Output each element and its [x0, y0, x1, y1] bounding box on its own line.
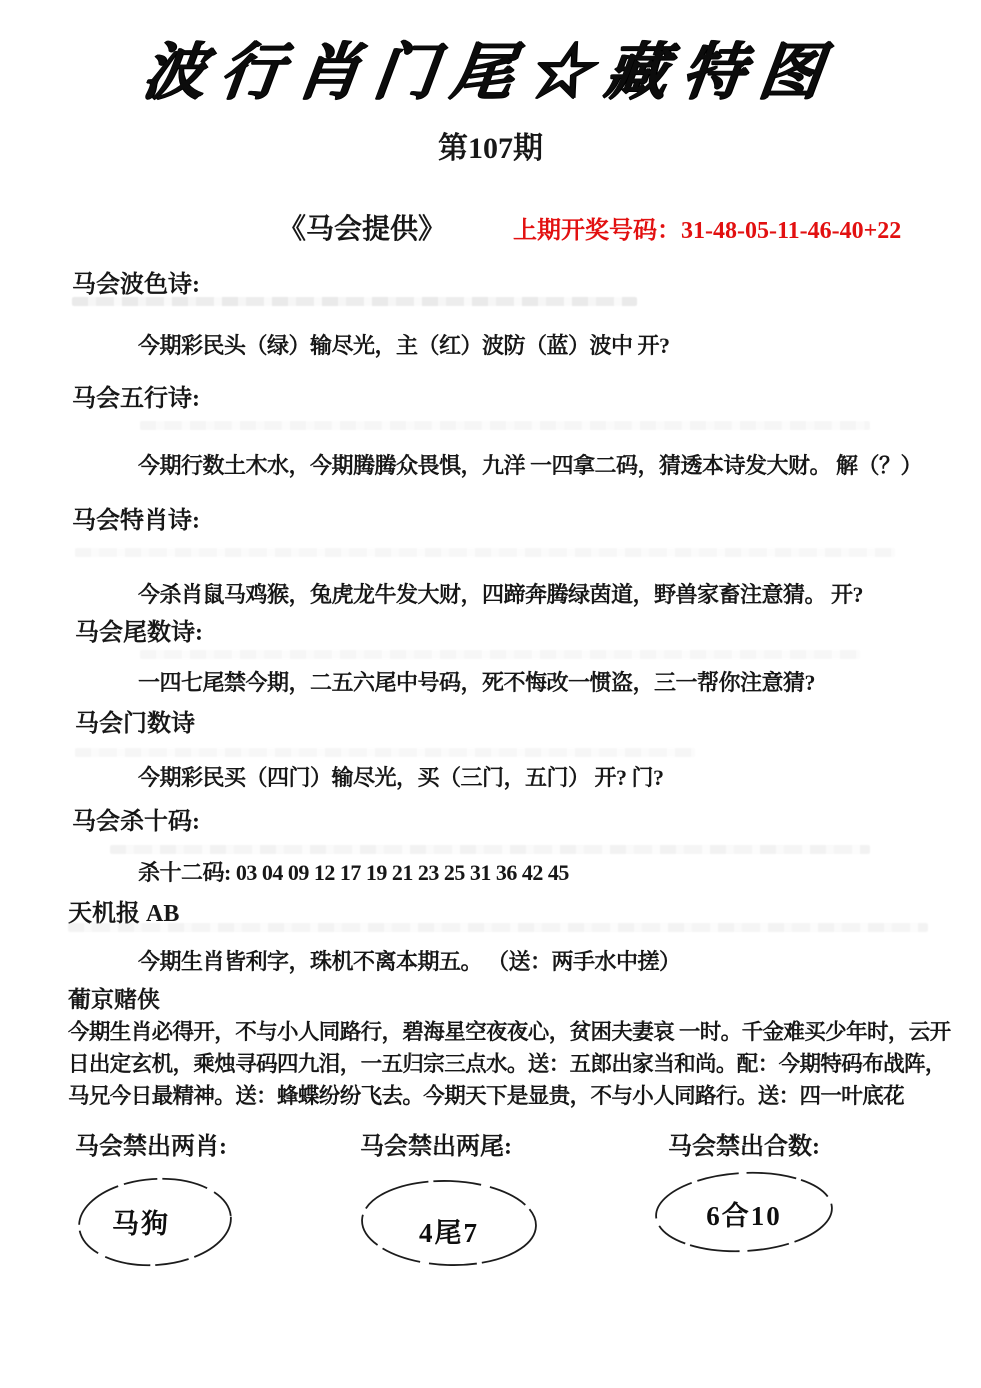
pujing-header: 葡京赌侠 [68, 981, 160, 1014]
last-draw-numbers: 上期开奖号码：31-48-05-11-46-40+22 [513, 210, 901, 245]
section-poem-gate-number: 今期彩民买（四门）输尽光，买（三门，五门） 开? 门? [138, 761, 664, 792]
forbidden-two-zodiac-value: 马狗 [61, 1202, 221, 1241]
erased-line-artifact [110, 845, 870, 854]
section-poem-special-zodiac: 今杀肖鼠马鸡猴，兔虎龙牛发大财，四蹄奔腾绿茵道，野兽家畜注意猜。 开? [138, 578, 863, 609]
erased-line-artifact [72, 297, 637, 306]
forbidden-sum-value: 6合10 [652, 1194, 836, 1233]
erased-line-artifact [68, 923, 928, 932]
erased-line-artifact [75, 748, 695, 757]
forbidden-two-zodiac-label: 马会禁出两肖: [75, 1126, 227, 1161]
section-header-kill-codes: 马会杀十码: [72, 801, 200, 836]
forbidden-two-zodiac-oval: 马狗 [75, 1176, 235, 1268]
section-header-tail-number: 马会尾数诗: [75, 612, 203, 647]
section-header-gate-number: 马会门数诗 [75, 703, 195, 738]
section-poem-wave-color: 今期彩民头（绿）输尽光，主（红）波防（蓝）波中 开? [138, 329, 670, 360]
section-poem-kill-codes: 杀十二码: 03 04 09 12 17 19 21 23 25 31 36 4… [138, 856, 569, 887]
issue-number: 第107期 [0, 123, 981, 167]
forbidden-sum-label: 马会禁出合数: [668, 1126, 820, 1161]
section-poem-tianji-report: 今期生肖皆利字，珠机不离本期五。 （送：两手水中搓） [138, 945, 681, 976]
pujing-line: 日出定玄机，乘烛寻码四九泪，一五归宗三点水。送：五郎出家当和尚。配：今期特码布战… [68, 1047, 946, 1078]
page-title: 波行肖门尾☆藏特图 [0, 22, 981, 111]
provider-label: 《马会提供》 [278, 207, 446, 247]
section-header-five-elements: 马会五行诗: [72, 378, 200, 413]
erased-line-artifact [140, 421, 870, 430]
erased-line-artifact [75, 548, 895, 557]
pujing-line: 马兄今日最精神。送：蜂蝶纷纷飞去。今期天下是显贵，不与小人同路行。送：四一叶底花 [68, 1079, 904, 1110]
section-header-special-zodiac: 马会特肖诗: [72, 500, 200, 535]
pujing-line: 今期生肖必得开，不与小人同路行，碧海星空夜夜心，贫困夫妻哀 一时。千金难买少年时… [68, 1015, 951, 1046]
forbidden-two-tails-label: 马会禁出两尾: [360, 1126, 512, 1161]
section-poem-five-elements: 今期行数土木水，今期腾腾众畏惧，九洋 一四拿二码，猜透本诗发大财。 解（？） [138, 449, 922, 480]
section-header-wave-color: 马会波色诗: [72, 264, 200, 299]
erased-line-artifact [140, 650, 860, 659]
forbidden-two-tails-oval: 4尾7 [358, 1178, 540, 1268]
forbidden-sum-oval: 6合10 [652, 1170, 836, 1254]
forbidden-two-tails-value: 4尾7 [358, 1211, 540, 1250]
section-poem-tail-number: 一四七尾禁今期，二五六尾中号码，死不悔改一惯盗，三一帮你注意猜? [138, 666, 815, 697]
